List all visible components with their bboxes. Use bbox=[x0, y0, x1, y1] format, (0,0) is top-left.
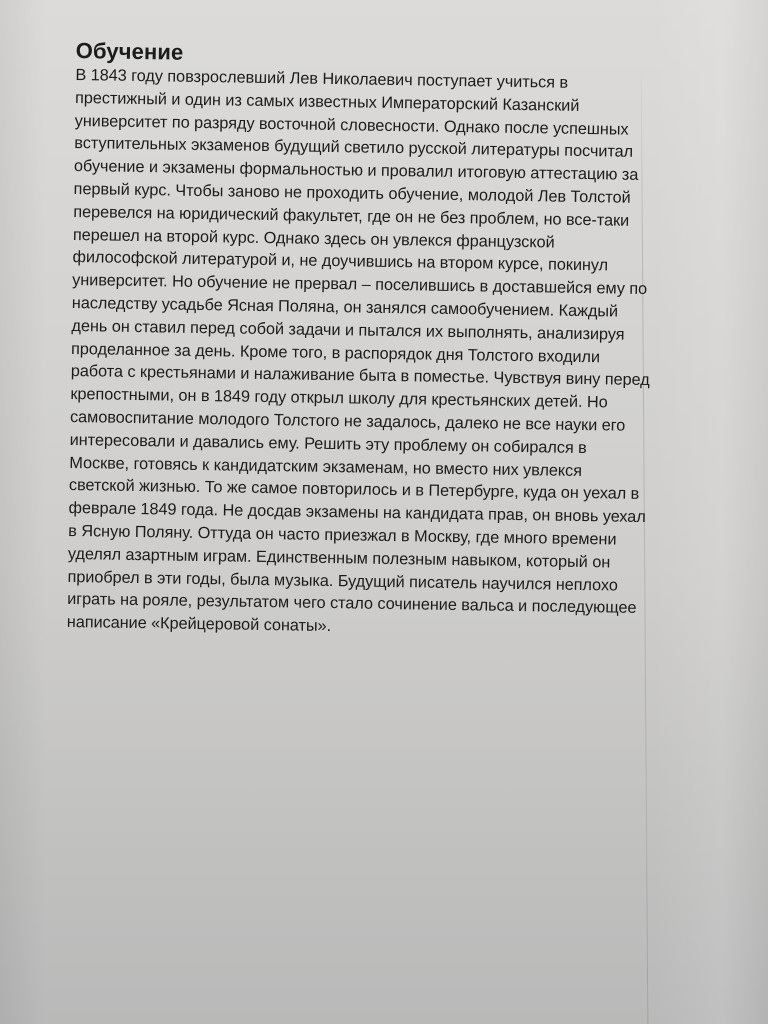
document-content: Обучение В 1843 году повзрослевший Лев Н… bbox=[67, 38, 736, 644]
paper-sheet: Обучение В 1843 году повзрослевший Лев Н… bbox=[0, 0, 768, 1024]
section-body: В 1843 году повзрослевший Лев Николаевич… bbox=[67, 64, 736, 644]
